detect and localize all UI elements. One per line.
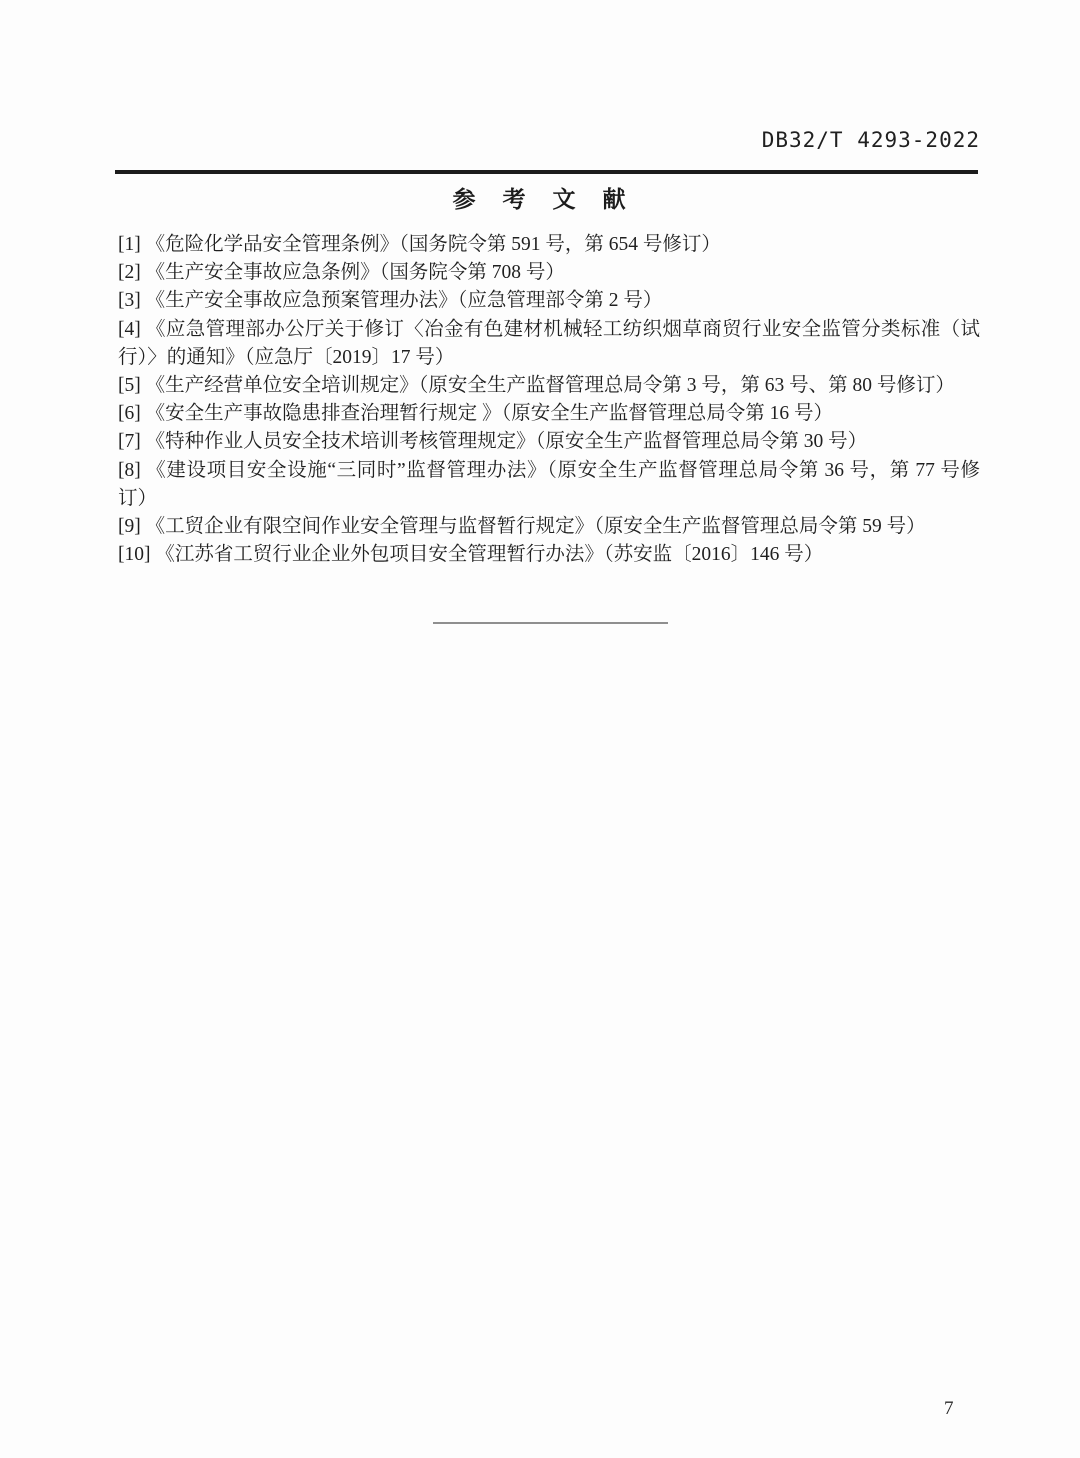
reference-label: [10] (118, 544, 151, 565)
page-number: 7 (944, 1398, 954, 1420)
reference-text: 《工贸企业有限空间作业安全管理与监督暂行规定》（原安全生产监督管理总局令第 59… (146, 516, 926, 537)
reference-label: [7] (118, 431, 141, 452)
reference-label: [4] (118, 319, 141, 340)
reference-label: [9] (118, 516, 141, 537)
reference-text: 《特种作业人员安全技术培训考核管理规定》（原安全生产监督管理总局令第 30 号） (146, 431, 868, 452)
reference-item: [5] 《生产经营单位安全培训规定》（原安全生产监督管理总局令第 3 号，第 6… (118, 372, 980, 400)
reference-item: [3] 《生产安全事故应急预案管理办法》（应急管理部令第 2 号） (118, 287, 980, 315)
header-rule (115, 170, 978, 174)
reference-label: [8] (118, 460, 141, 481)
reference-text: 《应急管理部办公厅关于修订〈冶金有色建材机械轻工纺织烟草商贸行业安全监管分类标准… (118, 319, 980, 368)
reference-label: [2] (118, 262, 141, 283)
reference-item: [1] 《危险化学品安全管理条例》（国务院令第 591 号，第 654 号修订） (118, 231, 980, 259)
page-title: 参 考 文 献 (0, 181, 1080, 214)
end-of-document-divider (433, 622, 668, 624)
reference-item: [6] 《安全生产事故隐患排查治理暂行规定 》（原安全生产监督管理总局令第 16… (118, 400, 980, 428)
reference-item: [10] 《江苏省工贸行业企业外包项目安全管理暂行办法》（苏安监〔2016〕14… (118, 541, 980, 569)
reference-text: 《建设项目安全设施“三同时”监督管理办法》（原安全生产监督管理总局令第 36 号… (118, 460, 980, 509)
reference-item: [2] 《生产安全事故应急条例》（国务院令第 708 号） (118, 259, 980, 287)
reference-text: 《危险化学品安全管理条例》（国务院令第 591 号，第 654 号修订） (146, 234, 721, 255)
reference-item: [7] 《特种作业人员安全技术培训考核管理规定》（原安全生产监督管理总局令第 3… (118, 428, 980, 456)
reference-item: [8] 《建设项目安全设施“三同时”监督管理办法》（原安全生产监督管理总局令第 … (118, 457, 980, 513)
reference-text: 《生产安全事故应急预案管理办法》（应急管理部令第 2 号） (146, 290, 663, 311)
reference-label: [6] (118, 403, 141, 424)
reference-label: [1] (118, 234, 141, 255)
standard-code: DB32/T 4293-2022 (762, 128, 980, 152)
reference-list: [1] 《危险化学品安全管理条例》（国务院令第 591 号，第 654 号修订）… (118, 231, 980, 569)
reference-text: 《安全生产事故隐患排查治理暂行规定 》（原安全生产监督管理总局令第 16 号） (146, 403, 833, 424)
reference-item: [4] 《应急管理部办公厅关于修订〈冶金有色建材机械轻工纺织烟草商贸行业安全监管… (118, 316, 980, 372)
document-page: DB32/T 4293-2022 参 考 文 献 [1] 《危险化学品安全管理条… (0, 0, 1080, 1458)
reference-label: [3] (118, 290, 141, 311)
reference-text: 《生产安全事故应急条例》（国务院令第 708 号） (146, 262, 565, 283)
reference-label: [5] (118, 375, 141, 396)
reference-item: [9] 《工贸企业有限空间作业安全管理与监督暂行规定》（原安全生产监督管理总局令… (118, 513, 980, 541)
reference-text: 《江苏省工贸行业企业外包项目安全管理暂行办法》（苏安监〔2016〕146 号） (155, 544, 823, 565)
reference-text: 《生产经营单位安全培训规定》（原安全生产监督管理总局令第 3 号，第 63 号、… (146, 375, 955, 396)
